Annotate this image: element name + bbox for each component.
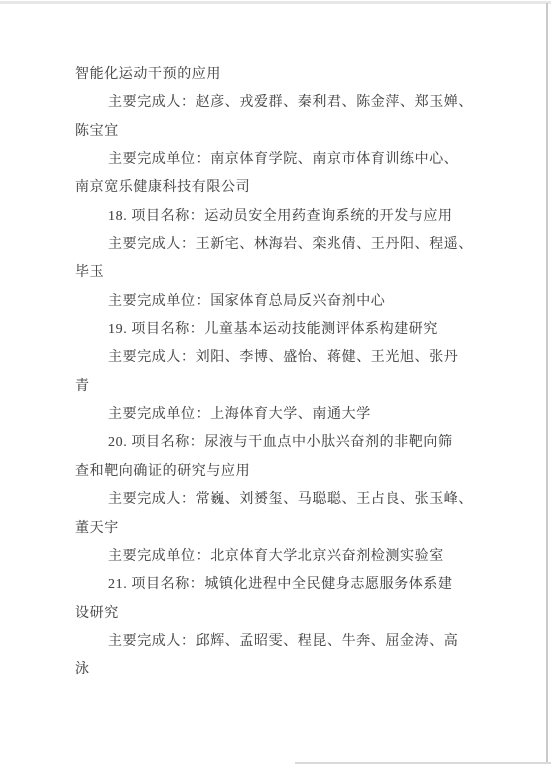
doc-line: 主要完成人：刘阳、李博、盛怡、蒋健、王光旭、张丹: [75, 344, 477, 372]
doc-line: 主要完成人：邱辉、孟昭雯、程昆、牛奔、屈金涛、高: [75, 628, 477, 656]
document-page: 智能化运动干预的应用 主要完成人：赵彦、戎爱群、秦利君、陈金萍、郑玉婵、 陈宝宜…: [0, 0, 551, 770]
document-body: 智能化运动干预的应用 主要完成人：赵彦、戎爱群、秦利君、陈金萍、郑玉婵、 陈宝宜…: [75, 61, 477, 685]
doc-line: 19. 项目名称：儿童基本运动技能测评体系构建研究: [75, 316, 477, 344]
doc-line: 主要完成单位：南京体育学院、南京市体育训练中心、: [75, 146, 477, 174]
doc-line: 21. 项目名称：城镇化进程中全民健身志愿服务体系建: [75, 571, 477, 599]
page-edge-right: [546, 3, 548, 764]
doc-line: 18. 项目名称：运动员安全用药查询系统的开发与应用: [75, 203, 477, 231]
doc-line: 主要完成人：常巍、刘赟玺、马聪聪、王占良、张玉峰、: [75, 486, 477, 514]
doc-line: 董天宇: [75, 515, 477, 543]
doc-line: 主要完成人：王新宅、林海岩、栾兆倩、王丹阳、程遥、: [75, 231, 477, 259]
doc-line: 南京宽乐健康科技有限公司: [75, 174, 477, 202]
doc-line: 主要完成单位：上海体育大学、南通大学: [75, 401, 477, 429]
doc-line: 设研究: [75, 600, 477, 628]
doc-line: 主要完成人：赵彦、戎爱群、秦利君、陈金萍、郑玉婵、: [75, 89, 477, 117]
doc-line: 毕玉: [75, 259, 477, 287]
page-edge-top: [0, 1, 551, 4]
doc-line: 20. 项目名称：尿液与干血点中小肽兴奋剂的非靶向筛: [75, 429, 477, 457]
doc-line: 陈宝宜: [75, 118, 477, 146]
doc-line: 泳: [75, 656, 477, 684]
doc-line: 主要完成单位：国家体育总局反兴奋剂中心: [75, 288, 477, 316]
doc-line: 查和靶向确证的研究与应用: [75, 458, 477, 486]
doc-line: 主要完成单位：北京体育大学北京兴奋剂检测实验室: [75, 543, 477, 571]
doc-line: 智能化运动干预的应用: [75, 61, 477, 89]
page-edge-bottom: [295, 762, 551, 764]
doc-line: 青: [75, 373, 477, 401]
